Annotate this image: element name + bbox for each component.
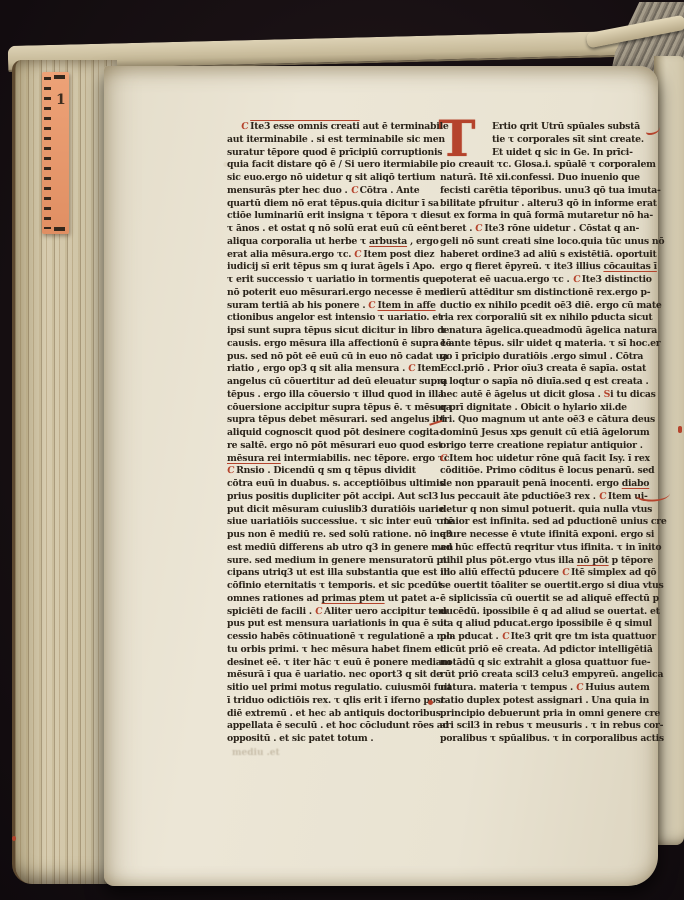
text-segment: Ite3 esse omnis creati xyxy=(250,121,359,132)
text-line: cōtra euū in duabus. s. acceptiōibus ult… xyxy=(227,478,439,491)
show-through-text: mediu .et xyxy=(232,748,280,758)
text-line: pus put est mensura uariationis in qua ē… xyxy=(227,618,439,631)
text-line: CItem hoc uidetur rōne quā facit Isy. ī … xyxy=(440,453,658,466)
text-line: aliquid cognoscit quod pōt desinere cogi… xyxy=(227,427,439,440)
text-line: sitio uel primi motus regulatio. cuiusmō… xyxy=(227,682,439,695)
pilcrow-mark: C xyxy=(314,606,322,619)
text-line: supra tēpus debet mēsurari. sed angelus … xyxy=(227,414,439,427)
text-line: mēsurā ī qua ē uariatio. nec oport3 q si… xyxy=(227,669,439,682)
bookmark-number: 1 xyxy=(56,92,66,108)
text-segment: lus peccauit āte pductiōe3 rex . xyxy=(440,491,599,502)
text-segment: ergo q fieret ēpyreū. τ ite3 illius xyxy=(440,261,603,272)
text-segment: q loqtur o sapīa nō diuīa.sed q est crea… xyxy=(440,376,649,387)
text-segment: intermiabilis. nec tēpore. ergo τc xyxy=(281,453,450,464)
text-segment: Huius autem xyxy=(585,682,649,693)
text-segment: Ite3 qrit qre tm ista quattuor xyxy=(511,631,656,642)
text-segment: poralibus τ spūalibus. τ in corporalibus… xyxy=(440,733,664,744)
text-line: causis. ergo mēsura illa affectionū ē su… xyxy=(227,338,439,351)
text-segment: natura. materia τ tempus . xyxy=(440,682,576,693)
text-line: suratur tēpore quod ē prīcipiū corruptio… xyxy=(227,147,439,160)
text-segment: ctionibus angelor est intensio τ uariati… xyxy=(227,312,442,323)
text-segment: pla pducat . xyxy=(440,631,502,642)
text-segment: beret . xyxy=(440,223,475,234)
text-line: ē ante tēpus. silr uidet q materia. τ sī… xyxy=(440,338,658,351)
text-segment: supra tēpus debet mēsurari. sed angelus … xyxy=(227,414,445,425)
text-line: est mediū differens ab utro q3 in genere… xyxy=(227,542,439,555)
text-segment: put dicit mēsuram cuiuslib3 duratiōis ua… xyxy=(227,504,444,515)
text-segment: omnes rationes ad xyxy=(227,593,322,604)
text-line: ē siplicissīa cū ouertit se ad aliquē ef… xyxy=(440,593,658,606)
pilcrow-mark: C xyxy=(598,491,606,504)
text-line: erat alia mēsura.ergo τc. CItem post die… xyxy=(227,249,439,262)
text-segment: ratio duplex potest assignari . Una quia… xyxy=(440,695,649,706)
text-line: tri. Quo magnum ut ante oē3 e cātura deu… xyxy=(440,414,658,427)
text-line: pla pducat . CIte3 qrit qre tm ista quat… xyxy=(440,631,658,644)
text-segment: est mediū differens ab utro q3 in genere… xyxy=(227,542,453,553)
text-segment: pio creauit τc. Glosa.i. spūalē τ corpor… xyxy=(440,159,656,170)
text-line: τ natura āgelica.queadmodū āgelica natur… xyxy=(440,325,658,338)
text-line: τ ānos . et ostat q nō solū erat euū cū … xyxy=(227,223,439,236)
text-line: hec autē ē āgelus ut dicit glosa . Si tu… xyxy=(440,389,658,402)
text-line: haberet ordine3 ad aliū s existētiā. opo… xyxy=(440,249,658,262)
text-line: poralibus τ spūalibus. τ in corporalibus… xyxy=(440,733,658,746)
text-segment: Item xyxy=(417,363,440,374)
text-line: detur q non simul potuerit. quia nulla v… xyxy=(440,504,658,517)
text-segment: ut ex forma in quā formā mutaretur nō ha… xyxy=(440,210,653,221)
text-segment: haberet ordine3 ad aliū s existētiā. opo… xyxy=(440,249,657,260)
text-line: Eccl.priō . Prior oīu3 creata ē sapīa. o… xyxy=(440,363,658,376)
text-segment: erat alia mēsura.ergo τc. xyxy=(227,249,354,260)
text-column-right: Ertio qrit Utrū spūales substātie τ corp… xyxy=(440,121,658,746)
text-line: se ouertit tōaliter se ouertit.ergo si d… xyxy=(440,580,658,593)
text-segment: primas ptem xyxy=(322,593,385,604)
text-segment: ad hūc effectū reqritur vtus ifinita. τ … xyxy=(440,542,661,553)
text-segment: hec autē ē āgelus ut dicit glosa . xyxy=(440,389,604,400)
text-line: q prī dignitate . Obicit o hylario xii.d… xyxy=(440,402,658,415)
text-segment: cōtra euū in duabus. s. acceptiōibus ult… xyxy=(227,478,444,489)
text-line: nihil plus pōt.ergo vtus illa nō pōt p t… xyxy=(440,555,658,568)
text-segment: cōcauitas ī xyxy=(603,261,656,272)
rubric-dot-col2-margin xyxy=(428,700,433,705)
text-segment: rūt priō creata scil3 celu3 empyreū. ang… xyxy=(440,669,663,680)
text-segment: Eccl.priō . Prior oīu3 creata ē sapīa. o… xyxy=(440,363,646,374)
text-segment: mēsura rei xyxy=(227,453,281,464)
text-line: de non pparauit penā inocenti. ergo diab… xyxy=(440,478,658,491)
pilcrow-mark: C xyxy=(354,249,362,262)
text-segment: desinet eē. τ iter hāc τ euū ē ponere me… xyxy=(227,657,451,668)
text-segment: cōfinio eternitatis τ temporis. et sic p… xyxy=(227,580,442,591)
text-segment: quartū diem nō erat tēpus.quia dicitur ī… xyxy=(227,198,439,209)
text-line: natura. materia τ tempus . CHuius autem xyxy=(440,682,658,695)
text-segment: detur q non simul potuerit. quia nulla v… xyxy=(440,504,652,515)
bookmark-ornament-left xyxy=(44,77,51,229)
text-segment: siue uariatiōis successiue. τ sic inter … xyxy=(227,516,453,527)
text-segment: go ī prīcipio duratiōis .ergo simul . Cō… xyxy=(440,351,643,362)
text-segment: re saltē. ergo nō pōt mēsurari euo quod … xyxy=(227,440,442,451)
text-line: ria rex corporaliū sit ex nihilo pducta … xyxy=(440,312,658,325)
text-segment: poterat eē uacua.ergo τc . xyxy=(440,274,573,285)
text-line: riatio , ergo op3 q sit alia mensura . C… xyxy=(227,363,439,376)
text-segment: origo terre creatione repiatur antiquior… xyxy=(440,440,643,451)
text-segment: Ite3 distinctio xyxy=(582,274,652,285)
text-segment: nihil plus pōt.ergo vtus illa xyxy=(440,555,577,566)
text-segment: notādū q sic extrahit a glosa quattuor f… xyxy=(440,657,650,668)
text-segment: cipans utriq3 ut est illa substantia que… xyxy=(227,567,450,578)
text-line: suram tertiā ab his ponere . CItem in af… xyxy=(227,300,439,313)
bookmark-tab: 1 xyxy=(42,72,69,234)
text-line: cōditiōe. Primo cōditus ē locus penarū. … xyxy=(440,465,658,478)
text-segment: ē ante tēpus. silr uidet q materia. τ sī… xyxy=(440,338,660,349)
text-line: bilitate pfruitur . alteru3 qō in inform… xyxy=(440,198,658,211)
text-segment: ria rex corporaliū sit ex nihilo pducta … xyxy=(440,312,652,323)
text-segment: ducēdū. ipossibile ē q ad aliud se ouert… xyxy=(440,606,660,617)
text-line: cipans utriq3 ut est illa substantia que… xyxy=(227,567,439,580)
text-segment: p tēpore xyxy=(609,555,653,566)
text-segment: Ite3 rōne uidetur . Cōstat q an- xyxy=(484,223,639,234)
text-line: omnes rationes ad primas ptem ut patet a… xyxy=(227,593,439,606)
pilcrow-mark: C xyxy=(226,465,234,478)
text-segment: Cōtra . Ante xyxy=(360,185,420,196)
pilcrow-mark: C xyxy=(572,274,580,287)
text-line: naturā. Itē xii.confessi. Duo inuenio qu… xyxy=(440,172,658,185)
text-line: angelus cū cōuertitur ad deū eleuatur su… xyxy=(227,376,439,389)
rubric-speck-right-edge xyxy=(678,426,682,433)
text-segment: Itē simplex ad qō xyxy=(571,567,656,578)
text-line: siue uariatiōis successiue. τ sic inter … xyxy=(227,516,439,529)
text-segment: Et uidet q sic in Ge. In prīci- xyxy=(492,147,633,158)
text-line: oppositū . et sic patet totum . xyxy=(227,733,439,746)
text-segment: ita q aliud pducat.ergo ipossibile ē q s… xyxy=(440,618,652,629)
text-segment: cōuersione accipitur supra tēpus ē. τ mē… xyxy=(227,402,452,413)
book-photograph: 1 T CIte3 esse omnis creati aut ē termin… xyxy=(0,0,684,900)
text-segment: mēsurā ī qua ē uariatio. nec oport3 q si… xyxy=(227,669,442,680)
text-segment: sure. sed medium in genere mensuratorū p… xyxy=(227,555,450,566)
text-line: ratio duplex potest assignari . Una quia… xyxy=(440,695,658,708)
text-segment: pus. sed nō pōt eē euū cū in euo nō cada… xyxy=(227,351,448,362)
text-segment: sitio uel primi motus regulatio. cuiusmō… xyxy=(227,682,451,693)
pilcrow-mark: C xyxy=(501,631,509,644)
text-segment: Aliter uero accipitur tem xyxy=(324,606,448,617)
text-column-left: CIte3 esse omnis creati aut ē terminabil… xyxy=(227,121,439,746)
text-line: CRnsio . Dicendū q sm q tēpus dividit xyxy=(227,465,439,478)
text-line: prius positis dupliciter pōt accipi. Aut… xyxy=(227,491,439,504)
text-line: rūt priō creata scil3 celu3 empyreū. ang… xyxy=(440,669,658,682)
text-segment: mensurās pter hec duo . xyxy=(227,185,351,196)
pilcrow-mark: C xyxy=(407,363,415,376)
text-segment: Rnsio . Dicendū q sm q tēpus dividit xyxy=(236,465,416,476)
text-segment: cessio habēs cōtinuationē τ regulationē … xyxy=(227,631,452,642)
rubric-speck-left-edge xyxy=(12,836,16,841)
text-segment: appellata ē seculū . et hoc cōcludunt rō… xyxy=(227,720,449,731)
text-segment: suratur tēpore quod ē prīcipiū corruptio… xyxy=(227,147,442,158)
text-segment: ature necesse ē vtute ifinitā exponi. er… xyxy=(440,529,654,540)
text-segment: geli nō sunt creati sine loco.quia tūc u… xyxy=(440,236,664,247)
text-segment: Item in affe xyxy=(378,300,436,311)
text-segment: causis. ergo mēsura illa affectionū ē su… xyxy=(227,338,451,349)
text-line: spiciēti de facili . CAliter uero accipi… xyxy=(227,606,439,619)
text-segment: q prī dignitate . Obicit o hylario xii.d… xyxy=(440,402,627,413)
text-segment: iudicij sī erit tēpus sm q iurat āgels ī… xyxy=(227,261,435,272)
text-line: put dicit mēsuram cuiuslib3 duratiōis ua… xyxy=(227,504,439,517)
text-line: quia facit distare qō ē / Si uero itermi… xyxy=(227,159,439,172)
text-segment: naturā. Itē xii.confessi. Duo inuenio qu… xyxy=(440,172,640,183)
text-line: aut iterminabile . si est terminabile si… xyxy=(227,134,439,147)
text-line: pus non ē mediū re. sed solū ratione. nō… xyxy=(227,529,439,542)
text-segment: tēpus . ergo illa cōuersio τ illud quod … xyxy=(227,389,444,400)
text-line: origo terre creatione repiatur antiquior… xyxy=(440,440,658,453)
text-line: dicūt priō eē creata. Ad pdictor intelli… xyxy=(440,644,658,657)
text-line: sic euo.ergo nō uidetur q sit aliqō tert… xyxy=(227,172,439,185)
pilcrow-mark: C xyxy=(350,185,358,198)
text-line: notādū q sic extrahit a glosa quattuor f… xyxy=(440,657,658,670)
text-line: appellata ē seculū . et hoc cōcludunt rō… xyxy=(227,720,439,733)
text-line: CIte3 esse omnis creati aut ē terminabil… xyxy=(227,121,439,134)
text-segment: ductio ex nihilo pcedit oē3 diē. ergo cū… xyxy=(440,300,662,311)
text-line: maior est infinita. sed ad pductionē uni… xyxy=(440,516,658,529)
text-line: nō poterit euo mēsurari.ergo necesse ē m… xyxy=(227,287,439,300)
text-segment: prius positis dupliciter pōt accipi. Aut… xyxy=(227,491,438,502)
text-segment: dominū Jesus xps genuit cū etiā āgelorum xyxy=(440,427,649,438)
bookmark-ornament-bottom xyxy=(54,227,65,231)
text-segment: bilitate pfruitur . alteru3 qō in inform… xyxy=(440,198,657,209)
text-line: cōuersione accipitur supra tēpus ē. τ mē… xyxy=(227,402,439,415)
text-line: dominū Jesus xps genuit cū etiā āgelorum xyxy=(440,427,658,440)
text-line: diē extremū . et hec ab antiquis doctori… xyxy=(227,708,439,721)
text-line: sure. sed medium in genere mensuratorū p… xyxy=(227,555,439,568)
text-line: dierū attēditur sm distinctionē rex.ergo… xyxy=(440,287,658,300)
text-line: quartū diem nō erat tēpus.quia dicitur ī… xyxy=(227,198,439,211)
text-line: geli nō sunt creati sine loco.quia tūc u… xyxy=(440,236,658,249)
pilcrow-mark: C xyxy=(561,567,569,580)
text-segment: τ natura āgelica.queadmodū āgelica natur… xyxy=(440,325,657,336)
text-segment: ē siplicissīa cū ouertit se ad aliquē ef… xyxy=(440,593,659,604)
text-line: pio creauit τc. Glosa.i. spūalē τ corpor… xyxy=(440,159,658,172)
text-segment: ī triduo odictiōis rex. τ qlis erit ī if… xyxy=(227,695,445,706)
text-segment: tri. Quo magnum ut ante oē3 e cātura deu… xyxy=(440,414,655,425)
text-line: ducēdū. ipossibile ē q ad aliud se ouert… xyxy=(440,606,658,619)
text-segment: aut iterminabile . si est terminabile si… xyxy=(227,134,445,145)
text-segment: principio debuerunt pria in omni genere … xyxy=(440,708,660,719)
pilcrow-mark: C xyxy=(368,300,376,313)
text-segment: de non pparauit penā inocenti. ergo xyxy=(440,478,622,489)
text-line: ductio ex nihilo pcedit oē3 diē. ergo cū… xyxy=(440,300,658,313)
pilcrow-mark: C xyxy=(240,121,248,134)
text-segment: aliqua corporalia ut herbe τ xyxy=(227,236,369,247)
text-line: re saltē. ergo nō pōt mēsurari euo quod … xyxy=(227,440,439,453)
text-segment: aut ē terminabile xyxy=(360,121,449,132)
text-line: ctionibus angelor est intensio τ uariati… xyxy=(227,312,439,325)
text-segment: τ ānos . et ostat q nō solū erat euū cū … xyxy=(227,223,439,234)
text-segment: arbusta xyxy=(369,236,407,247)
text-segment: Item hoc uidetur rōne quā facit Isy. ī r… xyxy=(449,453,650,464)
text-segment: , ergo xyxy=(407,236,438,247)
text-line: Et uidet q sic in Ge. In prīci- xyxy=(440,147,658,160)
text-segment: i tu dicas xyxy=(610,389,656,400)
text-line: ut ex forma in quā formā mutaretur nō ha… xyxy=(440,210,658,223)
text-line: ad hūc effectū reqritur vtus ifinita. τ … xyxy=(440,542,658,555)
text-segment: nō pōt xyxy=(577,555,609,566)
text-segment: cōditiōe. Primo cōditus ē locus penarū. … xyxy=(440,465,654,476)
text-segment: diē extremū . et hec ab antiquis doctori… xyxy=(227,708,441,719)
text-segment: suram tertiā ab his ponere . xyxy=(227,300,368,311)
text-line: desinet eē. τ iter hāc τ euū ē ponere me… xyxy=(227,657,439,670)
text-segment: illo aliū effectū pducere xyxy=(440,567,562,578)
text-segment: Item post diez xyxy=(363,249,434,260)
text-segment: oppositū . et sic patet totum . xyxy=(227,733,373,744)
text-segment: maior est infinita. sed ad pductionē uni… xyxy=(440,516,667,527)
text-line: cessio habēs cōtinuationē τ regulationē … xyxy=(227,631,439,644)
text-line: illo aliū effectū pducere CItē simplex a… xyxy=(440,567,658,580)
text-line: q loqtur o sapīa nō diuīa.sed q est crea… xyxy=(440,376,658,389)
text-segment: ari scil3 in rebus τ meusuris . τ in reb… xyxy=(440,720,663,731)
text-line: tēpus . ergo illa cōuersio τ illud quod … xyxy=(227,389,439,402)
text-segment: ctiōe luminariū erit insigna τ tēpora τ … xyxy=(227,210,440,221)
bookmark-ornament-top xyxy=(54,75,65,79)
text-segment: Ertio qrit Utrū spūales substā xyxy=(492,121,640,132)
text-segment: τ erit successio τ uariatio in tormentis… xyxy=(227,274,441,285)
text-line: pus. sed nō pōt eē euū cū in euo nō cada… xyxy=(227,351,439,364)
text-line: ita q aliud pducat.ergo ipossibile ē q s… xyxy=(440,618,658,631)
text-line: poterat eē uacua.ergo τc . CIte3 distinc… xyxy=(440,274,658,287)
text-segment: aliquid cognoscit quod pōt desinere cogi… xyxy=(227,427,443,438)
text-line: ergo q fieret ēpyreū. τ ite3 illius cōca… xyxy=(440,261,658,274)
pilcrow-mark: C xyxy=(439,453,447,466)
text-segment: ipsi sunt supra tēpus sicut dicitur in l… xyxy=(227,325,449,336)
pilcrow-mark: C xyxy=(575,682,583,695)
text-line: ī triduo odictiōis rex. τ qlis erit ī if… xyxy=(227,695,439,708)
text-line: mēsura rei intermiabilis. nec tēpore. er… xyxy=(227,453,439,466)
text-line: τ erit successio τ uariatio in tormentis… xyxy=(227,274,439,287)
text-line: mensurās pter hec duo . CCōtra . Ante xyxy=(227,185,439,198)
text-segment: dicūt priō eē creata. Ad pdictor intelli… xyxy=(440,644,653,655)
text-line: cōfinio eternitatis τ temporis. et sic p… xyxy=(227,580,439,593)
text-segment: quia facit distare qō ē / Si uero itermi… xyxy=(227,159,438,170)
text-segment: dierū attēditur sm distinctionē rex.ergo… xyxy=(440,287,650,298)
text-line: aliqua corporalia ut herbe τ arbusta , e… xyxy=(227,236,439,249)
text-segment: fecisti carētia tēporibus. unu3 qō tua i… xyxy=(440,185,661,196)
text-segment: ut patet a- xyxy=(385,593,440,604)
text-line: lus peccauit āte pductiōe3 rex . CItem u… xyxy=(440,491,658,504)
text-line: ctiōe luminariū erit insigna τ tēpora τ … xyxy=(227,210,439,223)
text-line: ari scil3 in rebus τ meusuris . τ in reb… xyxy=(440,720,658,733)
text-segment: sic euo.ergo nō uidetur q sit aliqō tert… xyxy=(227,172,435,183)
text-segment: se ouertit tōaliter se ouertit.ergo si d… xyxy=(440,580,663,591)
text-line: go ī prīcipio duratiōis .ergo simul . Cō… xyxy=(440,351,658,364)
text-line: ipsi sunt supra tēpus sicut dicitur in l… xyxy=(227,325,439,338)
text-segment: pus non ē mediū re. sed solū ratione. nō… xyxy=(227,529,452,540)
text-line: ature necesse ē vtute ifinitā exponi. er… xyxy=(440,529,658,542)
text-segment: angelus cū cōuertitur ad deū eleuatur su… xyxy=(227,376,447,387)
text-line: principio debuerunt pria in omni genere … xyxy=(440,708,658,721)
text-segment: tu orbis primi. τ hec mēsura habet finem… xyxy=(227,644,444,655)
pilcrow-mark: C xyxy=(475,223,483,236)
text-segment: pus put est mensura uariationis in qua ē… xyxy=(227,618,449,629)
text-segment: nō poterit euo mēsurari.ergo necesse ē m… xyxy=(227,287,446,298)
text-line: fecisti carētia tēporibus. unu3 qō tua i… xyxy=(440,185,658,198)
text-line: Ertio qrit Utrū spūales substā xyxy=(440,121,658,134)
text-segment: tie τ corporales sīt sint create. xyxy=(492,134,644,145)
text-line: beret . CIte3 rōne uidetur . Cōstat q an… xyxy=(440,223,658,236)
text-line: tie τ corporales sīt sint create. xyxy=(440,134,658,147)
text-line: tu orbis primi. τ hec mēsura habet finem… xyxy=(227,644,439,657)
text-line: iudicij sī erit tēpus sm q iurat āgels ī… xyxy=(227,261,439,274)
text-segment: riatio , ergo op3 q sit alia mensura . xyxy=(227,363,408,374)
text-segment: spiciēti de facili . xyxy=(227,606,315,617)
